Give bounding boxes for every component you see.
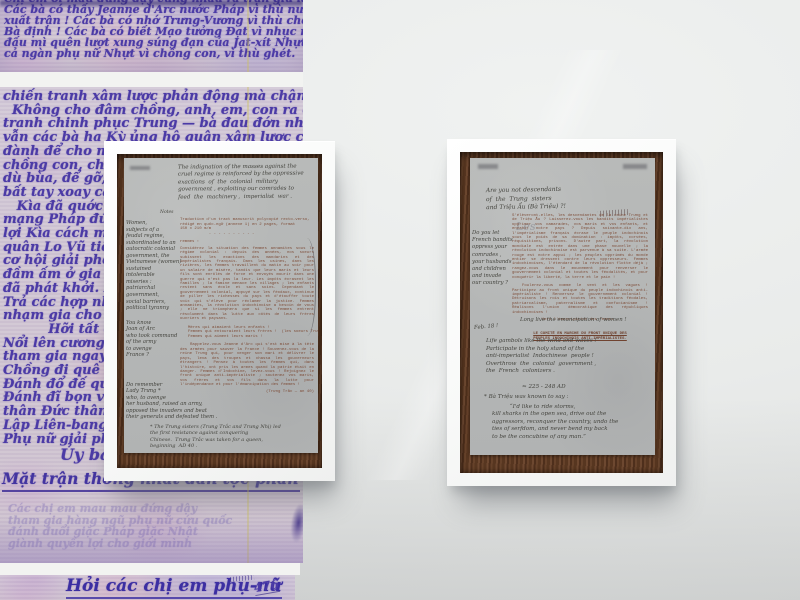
handwritten-line: Life gambols like the wind and waves ! xyxy=(486,338,597,346)
fold-streak xyxy=(247,0,249,73)
handwritten-trung-sisters-question: Are you not descendantsof the Trưng sist… xyxy=(486,185,616,213)
left-frame: The indignation of the masses against th… xyxy=(104,141,335,481)
gallery-photo: Chị em ơi mau đứng dậy cùng nhau ra trận… xyxy=(0,0,800,600)
handwritten-line: to be the concubine of any man.” xyxy=(492,434,648,441)
handwritten-line: autocratic colonial xyxy=(126,246,181,253)
handwritten-footnote: * The Trưng sisters (Trưng Trắc and Trưn… xyxy=(150,424,281,450)
typed-paragraph-1: S'élèveront-elles, les descendantes de l… xyxy=(512,214,648,280)
handwritten-line: Participate in the holy stand of the xyxy=(486,346,597,354)
handwritten-line: comrades , xyxy=(472,252,513,259)
typed-paragraph-2: Foulerez-vous comme le vent et les vague… xyxy=(512,284,648,315)
margin-note: Notes xyxy=(160,210,173,215)
handwritten-line: the French colonizers . xyxy=(486,368,597,376)
vn-text-block: Chị em ơi mau đứng dậy cùng nhau ra trận… xyxy=(0,0,303,59)
print-band-bottom: Hỏi các chị em phụ-nữ 476 xyxy=(0,575,295,600)
vn-script-line: cả ngàn phụ nữ Nhựt vì chồng con, vì thù… xyxy=(4,49,303,60)
handwritten-line: and Triệu Ẩu (Bà Triệu) ?! xyxy=(486,202,616,213)
handwritten-line: oppress your xyxy=(472,244,513,251)
typed-salutation: Femmes ! xyxy=(180,240,314,244)
handwritten-margin-column: Women,subjects of afeudal regime,subordi… xyxy=(126,220,181,312)
typed-line: Femmes qui aiment leurs maris ! xyxy=(188,335,314,340)
typed-column: Traduction d'un tract manuscrit polycopi… xyxy=(180,218,314,394)
vn-script-line: Chị em ơi mau đứng dậy cùng nhau ra trận… xyxy=(4,0,303,5)
handwritten-line: aggressors, reconquer the country, undo … xyxy=(492,419,648,426)
hand-drawn-bracket xyxy=(307,238,316,336)
handwritten-margin-column: Do you letFrench banditsoppress yourcomr… xyxy=(472,230,513,288)
handwritten-call-to-action: Life gambols like the wind and waves !Pa… xyxy=(486,338,597,376)
print-sheet-gap xyxy=(0,563,300,575)
handwritten-line: and invade xyxy=(472,273,513,280)
handwritten-line: Vietnamese (women) xyxy=(126,259,181,266)
left-document-paper: The indignation of the masses against th… xyxy=(124,158,318,453)
right-document-paper: Are you not descendantsof the Trưng sist… xyxy=(470,158,655,455)
handwritten-line: France ? xyxy=(126,352,177,358)
handwritten-line: Do you let xyxy=(472,230,513,237)
handwritten-line: kill sharks in the open sea, drive out t… xyxy=(492,411,648,418)
typed-line: - - - - - - - - - - xyxy=(180,232,314,237)
archive-stamp xyxy=(623,164,647,169)
handwritten-line: and children xyxy=(472,266,513,273)
handwritten-ba-trieu-quote: “I'd like to ride storms,kill sharks in … xyxy=(492,404,648,441)
typed-line: Traduction d'un tract manuscrit polycopi… xyxy=(180,218,314,223)
handwritten-lady-trung-note: Do rememberLady Trưng *who, to avengeher… xyxy=(126,382,217,420)
handwritten-joan-of-arc-note: You knowJoan of Arcwho took commandof th… xyxy=(126,320,177,358)
handwritten-line: feed the machinery , imperialist war . xyxy=(178,193,318,202)
handwritten-line: political tyranny xyxy=(126,305,181,312)
print-band-top: Chị em ơi mau đứng dậy cùng nhau ra trận… xyxy=(0,0,303,73)
handwritten-quote-intro: * Bà Triệu was known to say : xyxy=(484,394,568,400)
handwritten-line: French bandits xyxy=(472,237,513,244)
print-sheet-gap xyxy=(0,72,303,87)
handwritten-line: anti-imperialist Indochinese people ! xyxy=(486,353,597,361)
handwritten-line: beginning AD 40 . xyxy=(150,443,281,449)
archive-stamp xyxy=(130,166,150,170)
handwritten-line: “I'd like to ride storms, xyxy=(492,404,648,411)
handwritten-line: ties of serfdom, and never bend my back xyxy=(492,426,648,433)
handwritten-top-annotation: The indignation of the masses against th… xyxy=(178,163,318,201)
handwritten-line: your husbands xyxy=(472,259,513,266)
typed-header: Traduction d'un tract manuscrit polycopi… xyxy=(180,218,314,236)
handwritten-line: their generals and defeated them . xyxy=(126,414,217,420)
handwritten-line: our country ? xyxy=(472,280,513,287)
typed-paragraph-1: Considérez la situation des femmes annam… xyxy=(180,247,314,322)
right-frame: Are you not descendantsof the Trưng sist… xyxy=(447,139,676,486)
archive-stamp xyxy=(478,164,498,169)
print-shade xyxy=(0,517,303,563)
handwritten-date-range: ≈ 225 - 248 AD xyxy=(522,384,566,390)
handwritten-long-live-note: Long live the emancipation of women ! xyxy=(520,317,627,323)
vn-faint-line: Các chị em mau mau đứng dậy xyxy=(8,503,232,515)
vn-script-line: chiến tranh xâm lược phản động mà chận đ… xyxy=(3,90,303,104)
handwritten-line: Overthrow the colonial government , xyxy=(486,361,597,369)
typed-exclaim-lines: Mères qui aimaient leurs enfants !Femmes… xyxy=(188,326,314,340)
handwritten-date-note: Feb. 18 ! xyxy=(474,323,499,331)
typed-paragraph-2: Rappelez-vous Jeanne d'Arc qui s'est mis… xyxy=(180,343,314,387)
